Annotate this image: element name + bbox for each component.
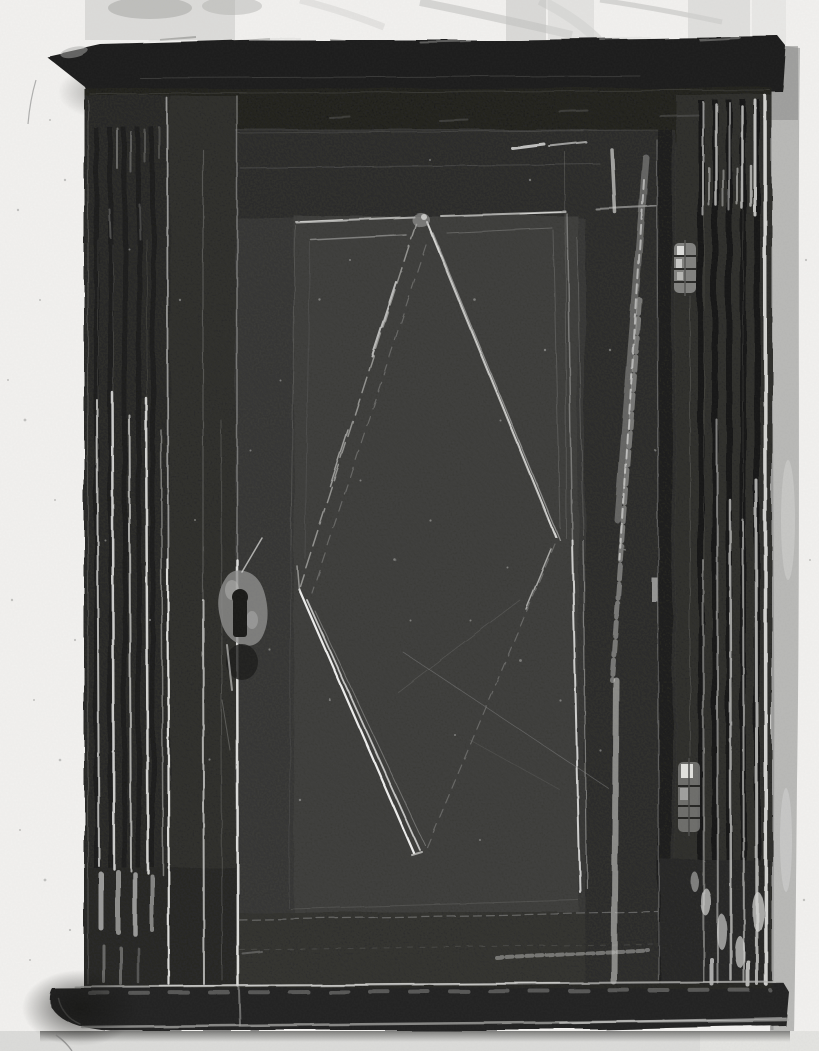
photograph: Dark carved wooden door with lozenge pan… — [0, 0, 819, 1051]
photo-grain — [0, 0, 819, 1051]
photo-canvas: Dark carved wooden door with lozenge pan… — [0, 0, 819, 1051]
